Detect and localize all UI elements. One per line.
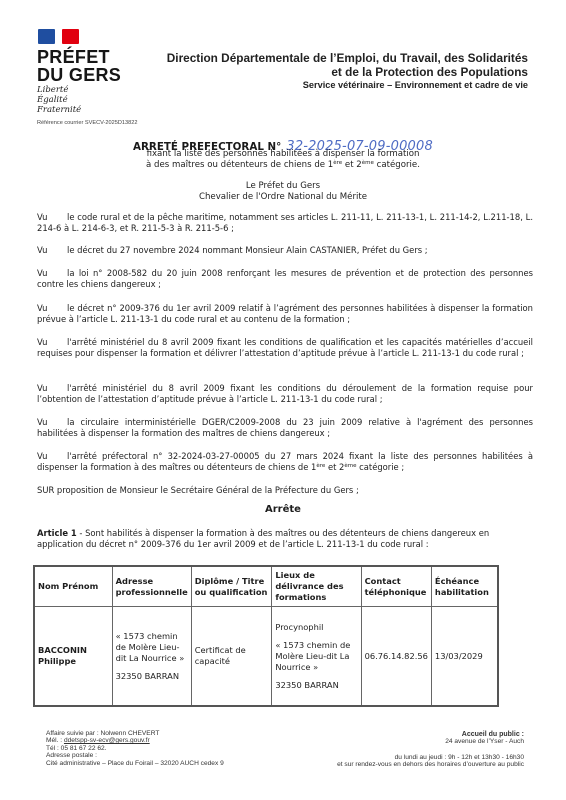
footer-postal-label: Adresse postale : bbox=[46, 752, 224, 759]
table-row: BACCONIN Philippe « 1573 chemin de Molèr… bbox=[34, 607, 498, 707]
footer-followed-by: Affaire suivie par : Nolwenn CHEVERT bbox=[46, 730, 224, 737]
cell-name: BACCONIN Philippe bbox=[34, 607, 112, 707]
address-street: « 1573 chemin de Molère Lieu-dit La Nour… bbox=[116, 631, 188, 664]
visa-paragraph: Vula loi n° 2008-582 du 20 juin 2008 ren… bbox=[37, 268, 533, 290]
cell-locations: Procynophil « 1573 chemin de Molère Lieu… bbox=[272, 607, 361, 707]
motto-egalite: Égalité bbox=[37, 95, 81, 105]
visa-paragraph: Vula circulaire interministérielle DGER/… bbox=[37, 417, 533, 439]
reception-note: et sur rendez-vous en dehors des horaire… bbox=[337, 761, 524, 768]
col-header-locations: Lieux de délivrance des formations bbox=[272, 566, 361, 607]
visa-text: le code rural et de la pêche maritime, n… bbox=[37, 212, 533, 233]
location-street: « 1573 chemin de Molère Lieu-dit La Nour… bbox=[275, 640, 357, 673]
col-header-diploma: Diplôme / Titre ou qualification bbox=[191, 566, 272, 607]
visa-text: catégorie ; bbox=[357, 462, 405, 472]
subtitle-text: et 2 bbox=[342, 160, 362, 170]
flag-red bbox=[62, 29, 79, 44]
visa-prefix: Vu bbox=[37, 268, 67, 279]
visa-paragraph: Vul'arrêté préfectoral n° 32-2024-03-27-… bbox=[37, 451, 533, 473]
visa-text: l'arrêté préfectoral n° 32-2024-03-27-00… bbox=[37, 451, 533, 472]
footer-public-reception: Accueil du public : 24 avenue de l’Yser … bbox=[337, 731, 524, 769]
visa-text: l'arrêté ministériel du 8 avril 2009 fix… bbox=[37, 383, 533, 404]
footer-contact: Affaire suivie par : Nolwenn CHEVERT Mél… bbox=[46, 730, 224, 767]
header-service: Service vétérinaire – Environnement et c… bbox=[167, 79, 528, 91]
cell-diploma: Certificat de capacité bbox=[191, 607, 272, 707]
visa-prefix: Vu bbox=[37, 451, 67, 462]
motto-liberte: Liberté bbox=[37, 85, 81, 95]
visa-prefix: Vu bbox=[37, 303, 67, 314]
reception-heading: Accueil du public : bbox=[337, 731, 524, 738]
col-header-name: Nom Prénom bbox=[34, 566, 112, 607]
footer-postal-address: Cité administrative – Place du Foirail –… bbox=[46, 760, 224, 767]
subtitle-line-1: fixant la liste des personnes habilitées… bbox=[0, 149, 566, 160]
proposal-paragraph: SUR proposition de Monsieur le Secrétair… bbox=[37, 485, 533, 496]
article-1: Article 1 - Sont habilités à dispenser l… bbox=[37, 528, 533, 550]
prefect-honor: Chevalier de l'Ordre National du Mérite bbox=[0, 192, 566, 203]
visa-prefix: Vu bbox=[37, 337, 67, 348]
article-text: - Sont habilités à dispenser la formatio… bbox=[37, 528, 489, 549]
cell-expiry: 13/03/2029 bbox=[431, 607, 498, 707]
visa-text: la loi n° 2008-582 du 20 juin 2008 renfo… bbox=[37, 268, 533, 289]
prefect-name: Le Préfet du Gers bbox=[0, 181, 566, 192]
address-city: 32350 BARRAN bbox=[116, 671, 188, 682]
visa-text: le décret n° 2009-376 du 1er avril 2009 … bbox=[37, 303, 533, 324]
visa-prefix: Vu bbox=[37, 383, 67, 394]
table-header-row: Nom Prénom Adresse professionnelle Diplô… bbox=[34, 566, 498, 607]
col-header-phone: Contact téléphonique bbox=[361, 566, 431, 607]
header-line-2: et de la Protection des Populations bbox=[167, 66, 528, 80]
prefect-signature-title: Le Préfet du Gers Chevalier de l'Ordre N… bbox=[0, 181, 566, 203]
location-city: 32350 BARRAN bbox=[275, 680, 357, 691]
visa-text: le décret du 27 novembre 2024 nommant Mo… bbox=[67, 245, 428, 255]
arrete-heading: Arrête bbox=[0, 504, 566, 515]
decree-subtitle: fixant la liste des personnes habilitées… bbox=[0, 149, 566, 171]
reception-address: 24 avenue de l’Yser - Auch bbox=[337, 738, 524, 745]
visa-paragraph: Vule décret du 27 novembre 2024 nommant … bbox=[37, 245, 533, 256]
footer-mail-line: Mél. : ddetspp-sv-ecv@gers.gouv.fr bbox=[46, 737, 224, 744]
location-name: Procynophil bbox=[275, 622, 357, 633]
subtitle-text: catégorie. bbox=[374, 160, 420, 170]
header-line-1: Direction Départementale de l’Emploi, du… bbox=[167, 52, 528, 66]
person-name: BACCONIN Philippe bbox=[38, 645, 87, 666]
marianne-flag-icon bbox=[38, 29, 79, 44]
visa-paragraph: Vul'arrêté ministériel du 8 avril 2009 f… bbox=[37, 383, 533, 405]
article-label: Article 1 bbox=[37, 528, 77, 538]
flag-blue bbox=[38, 29, 55, 44]
superscript: ère bbox=[333, 160, 342, 166]
superscript: ème bbox=[344, 463, 356, 469]
superscript: ère bbox=[316, 463, 325, 469]
subtitle-line-2: à des maîtres ou détenteurs de chiens de… bbox=[0, 160, 566, 171]
col-header-address: Adresse professionnelle bbox=[112, 566, 191, 607]
flag-white bbox=[55, 29, 62, 44]
visa-prefix: Vu bbox=[37, 212, 67, 223]
superscript: ème bbox=[362, 160, 374, 166]
mail-reference: Référence courrier SVECV-2025D13822 bbox=[37, 120, 137, 126]
department-header: Direction Départementale de l’Emploi, du… bbox=[167, 52, 528, 91]
visa-text: l'arrêté ministériel du 8 avril 2009 fix… bbox=[37, 337, 533, 358]
visa-prefix: Vu bbox=[37, 417, 67, 428]
mail-label: Mél. : bbox=[46, 737, 64, 744]
republic-motto: Liberté Égalité Fraternité bbox=[37, 85, 81, 115]
visa-paragraph: Vul'arrêté ministériel du 8 avril 2009 f… bbox=[37, 337, 533, 359]
motto-fraternite: Fraternité bbox=[37, 105, 81, 115]
reception-hours: du lundi au jeudi : 9h - 12h et 13h30 - … bbox=[337, 754, 524, 761]
cell-address: « 1573 chemin de Molère Lieu-dit La Nour… bbox=[112, 607, 191, 707]
visa-paragraph: Vule décret n° 2009-376 du 1er avril 200… bbox=[37, 303, 533, 325]
visa-paragraph: Vule code rural et de la pêche maritime,… bbox=[37, 212, 533, 234]
col-header-expiry: Échéance habilitation bbox=[431, 566, 498, 607]
cell-phone: 06.76.14.82.56 bbox=[361, 607, 431, 707]
prefecture-logo-title: PRÉFET DU GERS bbox=[37, 48, 121, 84]
logo-line-1: PRÉFET bbox=[37, 48, 121, 66]
visa-text: la circulaire interministérielle DGER/C2… bbox=[37, 417, 533, 438]
email-link[interactable]: ddetspp-sv-ecv@gers.gouv.fr bbox=[64, 737, 150, 744]
visa-prefix: Vu bbox=[37, 245, 67, 256]
footer-phone: Tél : 05 81 67 22 62. bbox=[46, 745, 224, 752]
habilitation-table: Nom Prénom Adresse professionnelle Diplô… bbox=[33, 565, 499, 707]
logo-line-2: DU GERS bbox=[37, 66, 121, 84]
visa-text: et 2 bbox=[325, 462, 344, 472]
subtitle-text: à des maîtres ou détenteurs de chiens de… bbox=[146, 160, 333, 170]
